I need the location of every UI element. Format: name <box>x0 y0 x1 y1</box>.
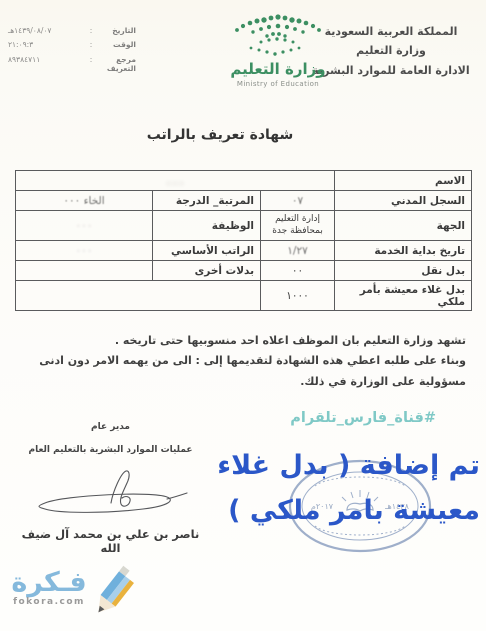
ministry-logo-title: وزارة التعليم <box>222 60 334 78</box>
name-value: ـ ـ ـ <box>16 171 335 191</box>
telegram-channel-hashtag: #قناة_فارس_تلقرام <box>290 410 436 426</box>
meta-time-label: الوقت <box>96 40 136 49</box>
entity-value: إدارة التعليم بمحافظة جدة <box>261 211 335 241</box>
meta-reference-separator: : <box>86 55 96 64</box>
service-start-value: ١/٢٧ <box>261 241 335 261</box>
table-row: السجل المدني ٠٧ المرتبة_ الدرجة الخاء ٠٠… <box>16 191 472 211</box>
fokera-brand: فـكرة <box>6 569 92 596</box>
other-allowances-value <box>16 261 153 281</box>
table-row: بدل نقل ٠٠ بدلات أخرى <box>16 261 472 281</box>
service-start-label: تاريخ بداية الخدمة <box>335 241 472 261</box>
added-allowance-note: تم إضافة ( بدل غلاء معيشة بامر ملكي ) <box>194 444 480 533</box>
pencil-icon <box>90 563 136 625</box>
issuance-line: وبناء على طلبه اعطي هذه الشهادة لتقديمها… <box>20 351 466 392</box>
signature-block: مدير عام عمليات الموارد البشرية بالتعليم… <box>18 422 203 555</box>
signer-title: مدير عام <box>18 422 203 432</box>
certificate-body: تشهد وزارة التعليم بان الموظف اعلاه احد … <box>20 331 466 392</box>
transport-allowance-label: بدل نقل <box>335 261 472 281</box>
empty-cell <box>16 281 261 311</box>
cost-of-living-value: ١٠٠٠ <box>261 281 335 311</box>
salary-certificate-document: المملكة العربية السعودية وزارة التعليم ا… <box>0 0 486 631</box>
document-title: شهادة تعريف بالراتب <box>0 127 440 143</box>
note-line-2: معيشة بامر ملكي ) <box>194 489 480 534</box>
attestation-line: تشهد وزارة التعليم بان الموظف اعلاه احد … <box>20 331 466 351</box>
meta-reference-value: ٨٩٣٨٤٧١١ <box>8 55 86 64</box>
note-line-1: تم إضافة ( بدل غلاء <box>194 444 480 489</box>
meta-reference-row: مرجع التعريف : ٨٩٣٨٤٧١١ <box>8 55 136 74</box>
meta-reference-label: مرجع التعريف <box>96 55 136 74</box>
other-allowances-label: بدلات أخرى <box>153 261 261 281</box>
civil-id-value: ٠٧ <box>261 191 335 211</box>
signer-name: ناصر بن علي بن محمد آل ضيف الله <box>18 527 203 555</box>
job-label: الوظيفة <box>153 211 261 241</box>
fokera-text: فـكرة fokora.com <box>6 569 92 607</box>
fokera-domain: fokora.com <box>6 597 92 607</box>
table-row: بدل غلاء معيشة بأمر ملكي ١٠٠٠ <box>16 281 472 311</box>
document-meta: التاريخ : ١٤٣٩/٠٨/٠٧هـ الوقت : ٢١:٠٩:٣ م… <box>8 26 136 79</box>
cost-of-living-label: بدل غلاء معيشة بأمر ملكي <box>335 281 472 311</box>
table-row: الجهة إدارة التعليم بمحافظة جدة الوظيفة … <box>16 211 472 241</box>
civil-id-label: السجل المدني <box>335 191 472 211</box>
salary-table: الاسم ـ ـ ـ السجل المدني ٠٧ المرتبة_ الد… <box>15 170 472 311</box>
name-label: الاسم <box>335 171 472 191</box>
meta-date-separator: : <box>86 26 96 35</box>
base-salary-value: ٠٠٠ <box>16 241 153 261</box>
entity-label: الجهة <box>335 211 472 241</box>
fokera-watermark: فـكرة fokora.com <box>6 563 136 625</box>
meta-date-row: التاريخ : ١٤٣٩/٠٨/٠٧هـ <box>8 26 136 35</box>
signer-department: عمليات الموارد البشرية بالتعليم العام <box>18 445 203 455</box>
transport-allowance-value: ٠٠ <box>261 261 335 281</box>
table-row: تاريخ بداية الخدمة ١/٢٧ الراتب الأساسي ٠… <box>16 241 472 261</box>
meta-time-separator: : <box>86 40 96 49</box>
meta-time-value: ٢١:٠٩:٣ <box>8 40 86 49</box>
ministry-logo: وزارة التعليم Ministry of Education <box>222 12 334 88</box>
rank-grade-label: المرتبة_ الدرجة <box>153 191 261 211</box>
ministry-logo-subtitle: Ministry of Education <box>222 80 334 88</box>
signature-scribble-icon <box>18 461 203 525</box>
meta-date-value: ١٤٣٩/٠٨/٠٧هـ <box>8 26 86 35</box>
meta-date-label: التاريخ <box>96 26 136 35</box>
rank-grade-value: الخاء ٠٠٠ <box>16 191 153 211</box>
base-salary-label: الراتب الأساسي <box>153 241 261 261</box>
job-value: ٠٠٠ <box>16 211 153 241</box>
meta-time-row: الوقت : ٢١:٠٩:٣ <box>8 40 136 49</box>
table-row: الاسم ـ ـ ـ <box>16 171 472 191</box>
